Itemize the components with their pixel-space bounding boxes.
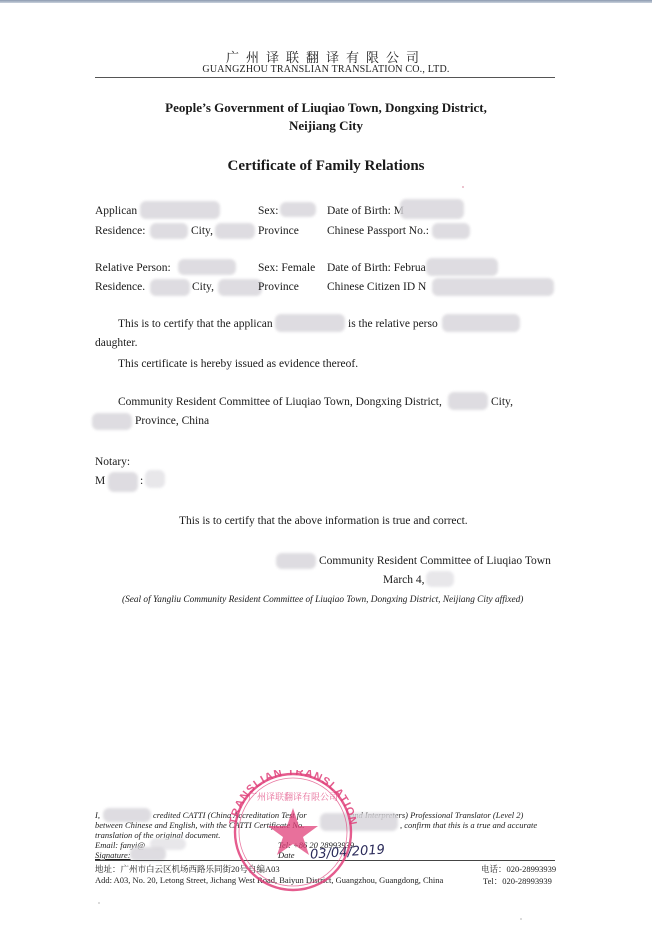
issuer-line-1: People’s Government of Liuqiao Town, Don… bbox=[0, 99, 652, 117]
redacted-notary-name bbox=[108, 472, 138, 492]
relative-province-text: Province bbox=[258, 281, 299, 293]
committee-city-text: City, bbox=[491, 396, 513, 408]
certify-statement-start: This is to certify that the applican bbox=[118, 318, 273, 330]
signature-label: Signature: bbox=[95, 850, 131, 860]
issued-statement: This certificate is hereby issued as evi… bbox=[118, 358, 358, 370]
issuer-heading: People’s Government of Liuqiao Town, Don… bbox=[0, 99, 652, 135]
company-seal-stamp: TRANSLIAN TRANSLATION CO., LTD. 广州译联翻译有限… bbox=[218, 770, 368, 892]
phone-chinese: 电话：020-28993939 bbox=[481, 863, 556, 875]
applicant-dob-label: Date of Birth: M bbox=[327, 205, 404, 217]
attestation-committee: Community Resident Committee of Liuqiao … bbox=[319, 555, 551, 567]
attestation-date: March 4, bbox=[383, 574, 425, 586]
redacted-relative-dob bbox=[426, 258, 498, 276]
applicant-city-text: City, bbox=[191, 225, 213, 237]
relative-id-label: Chinese Citizen ID N bbox=[327, 281, 426, 293]
scan-speck bbox=[98, 902, 100, 904]
redacted-relative-city bbox=[150, 279, 190, 296]
relative-city-text: City, bbox=[192, 281, 214, 293]
redacted-relative-name bbox=[178, 259, 236, 275]
notary-label: Notary: bbox=[95, 456, 130, 468]
attestation-statement: This is to certify that the above inform… bbox=[179, 515, 468, 527]
relative-name-label: Relative Person: bbox=[95, 262, 171, 274]
translator-line1-start: I, bbox=[95, 810, 100, 820]
redacted-applicant-sex bbox=[280, 202, 316, 217]
redacted-notary-name-end bbox=[145, 470, 165, 488]
scan-speck bbox=[462, 186, 464, 188]
header-divider bbox=[95, 77, 555, 78]
redacted-signature bbox=[130, 847, 166, 861]
notary-name-prefix: M bbox=[95, 475, 105, 487]
seal-note: (Seal of Yangliu Community Resident Comm… bbox=[122, 595, 523, 605]
applicant-sex-label: Sex: bbox=[258, 205, 278, 217]
redacted-applicant-city bbox=[150, 223, 188, 239]
phone-english: Tel：020-28993939 bbox=[483, 875, 552, 887]
redacted-committee-province bbox=[92, 413, 132, 430]
redacted-relative-province bbox=[218, 279, 262, 296]
translator-line2-end: , confirm that this is a true and accura… bbox=[400, 820, 537, 830]
redacted-committee-city bbox=[448, 392, 488, 410]
seal-inner-text: 广州译联翻译有限公司 bbox=[248, 791, 338, 803]
redacted-relative-in-text bbox=[442, 314, 520, 332]
scan-speck bbox=[520, 918, 522, 920]
relative-dob-label: Date of Birth: Februa bbox=[327, 262, 426, 274]
document-title: Certificate of Family Relations bbox=[0, 158, 652, 175]
applicant-name-label: Applican bbox=[95, 205, 137, 217]
redacted-year bbox=[426, 571, 454, 587]
relative-sex: Sex: Female bbox=[258, 262, 315, 274]
redacted-applicant-province bbox=[215, 223, 255, 239]
redacted-citizen-id bbox=[432, 278, 554, 296]
applicant-passport-label: Chinese Passport No.: bbox=[327, 225, 429, 237]
notary-name-suffix: : bbox=[140, 475, 143, 487]
certify-statement-mid: is the relative perso bbox=[348, 318, 438, 330]
applicant-residence-label: Residence: bbox=[95, 225, 145, 237]
relative-residence-label: Residence. bbox=[95, 281, 145, 293]
committee-line-1: Community Resident Committee of Liuqiao … bbox=[118, 396, 442, 408]
applicant-province-text: Province bbox=[258, 225, 299, 237]
seal-star-icon bbox=[268, 808, 318, 855]
window-top-border bbox=[0, 0, 652, 3]
redacted-passport-number bbox=[432, 223, 470, 239]
redacted-community-name bbox=[276, 553, 316, 569]
redacted-applicant-name bbox=[140, 201, 220, 219]
issuer-line-2: Neijiang City bbox=[0, 117, 652, 135]
certify-statement-end: daughter. bbox=[95, 337, 137, 349]
redacted-applicant-dob bbox=[400, 199, 464, 219]
redacted-applicant-in-text bbox=[275, 314, 345, 332]
company-name-english: GUANGZHOU TRANSLIAN TRANSLATION CO., LTD… bbox=[0, 64, 652, 75]
committee-line-2: Province, China bbox=[135, 415, 209, 427]
